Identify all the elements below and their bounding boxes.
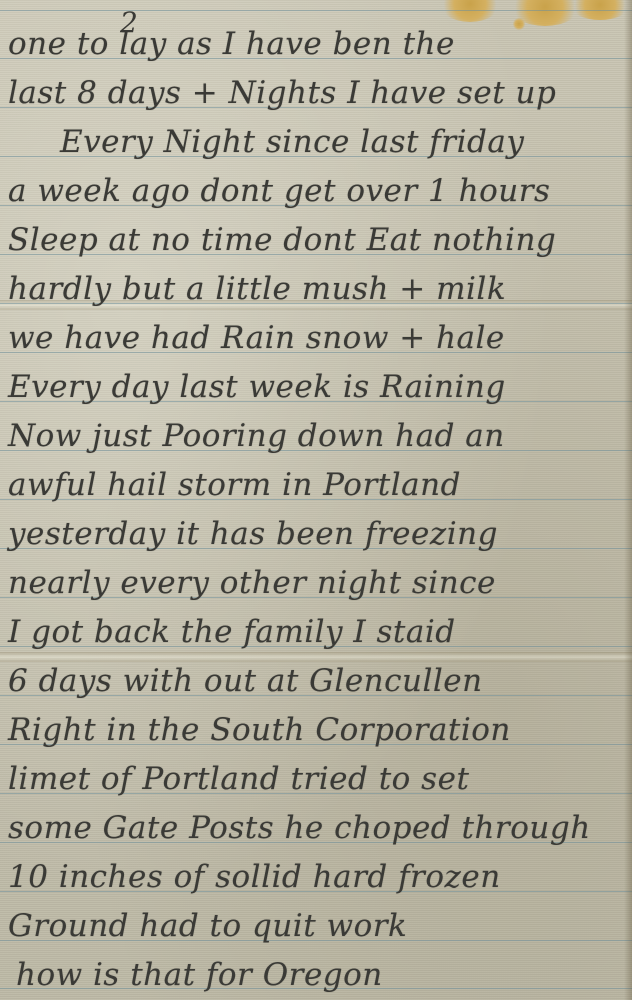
letter-line: 10 inches of sollid hard frozen [8, 857, 626, 897]
letter-line: last 8 days + Nights I have set up [8, 73, 626, 113]
paper-edge [624, 0, 632, 1000]
letter-line: one to lay as I have ben the [8, 24, 626, 64]
letter-line: a week ago dont get over 1 hours [8, 171, 626, 211]
letter-line: Every Night since last friday [60, 122, 626, 162]
ruled-line [0, 10, 632, 11]
letter-line: we have had Rain snow + hale [8, 318, 626, 358]
stain-mark [440, 0, 500, 22]
letter-line: hardly but a little mush + milk [8, 269, 626, 309]
letter-line: I got back the family I staid [8, 612, 626, 652]
letter-line: nearly every other night since [8, 563, 626, 603]
letter-line: limet of Portland tried to set [8, 759, 626, 799]
letter-line: how is that for Oregon [16, 955, 626, 995]
letter-line: awful hail storm in Portland [8, 465, 626, 505]
letter-line: Now just Pooring down had an [8, 416, 626, 456]
letter-line: 6 days with out at Glencullen [8, 661, 626, 701]
letter-line: some Gate Posts he choped through [8, 808, 626, 848]
letter-line: Sleep at no time dont Eat nothing [8, 220, 626, 260]
letter-line: Every day last week is Raining [8, 367, 626, 407]
letter-line: Right in the South Corporation [8, 710, 626, 750]
letter-page: 2 one to lay as I have ben the last 8 da… [0, 0, 632, 1000]
letter-line: Ground had to quit work [8, 906, 626, 946]
letter-line: yesterday it has been freezing [8, 514, 626, 554]
